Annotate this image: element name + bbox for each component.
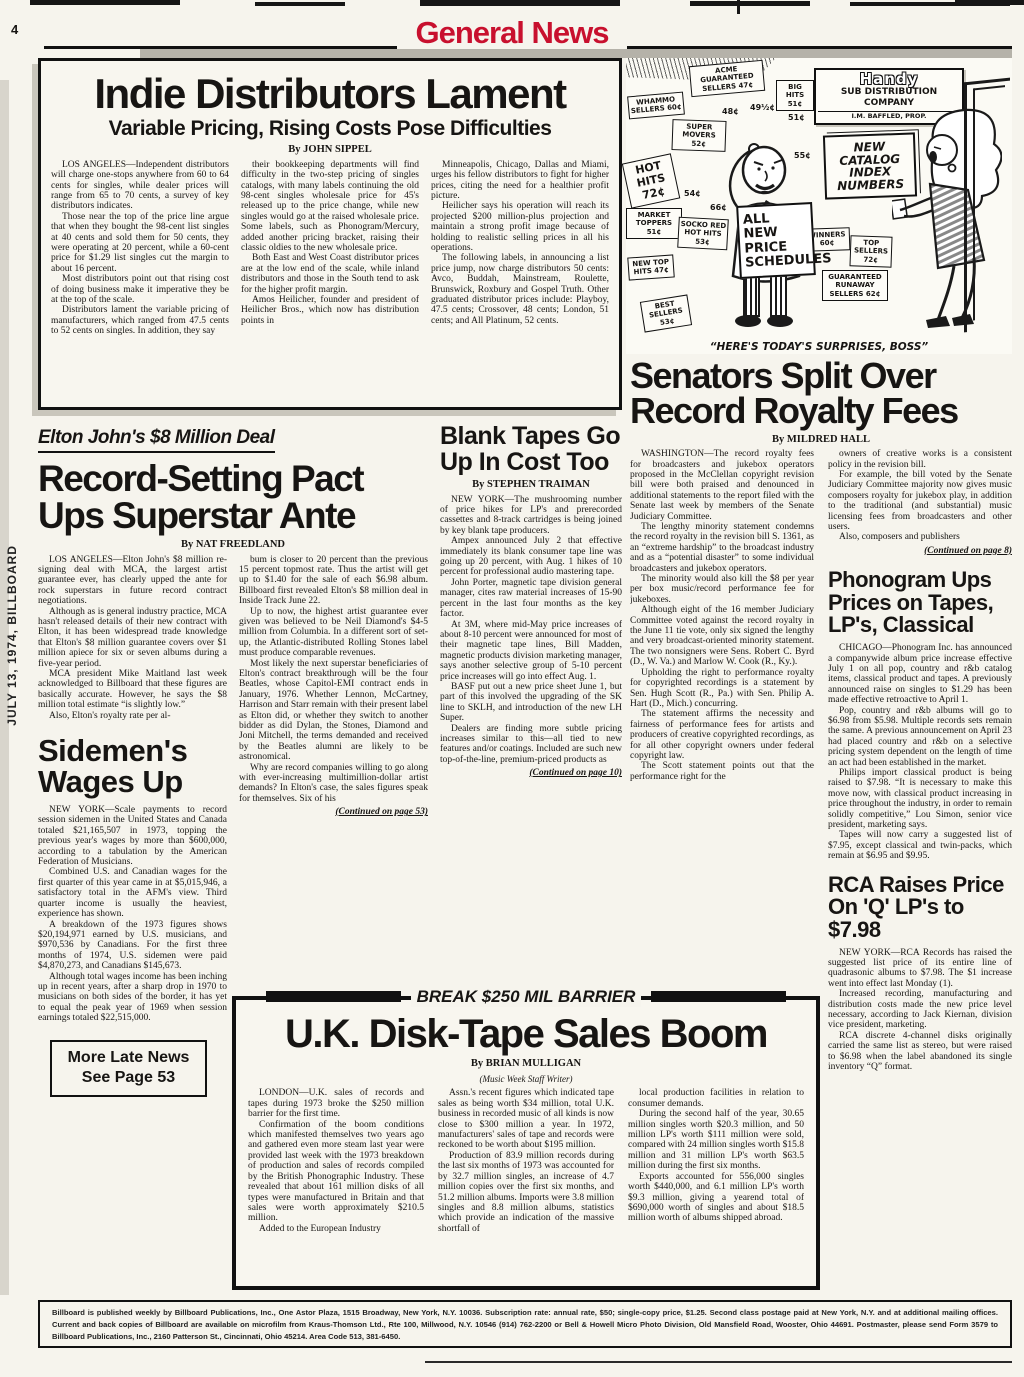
paragraph: Also, Elton's royalty rate per al- (38, 711, 227, 721)
paragraph: Upholding the right to performance royal… (630, 668, 814, 710)
section-title: General News (397, 16, 626, 50)
paragraph: Distributors lament the variable pricing… (51, 305, 229, 336)
column-1: LONDON—U.K. sales of records and tapes d… (248, 1088, 424, 1284)
rca-body: NEW YORK—RCA Records has raised the sugg… (828, 948, 1012, 1073)
price-box-label: WHAMMO SELLERS 60¢ (627, 92, 685, 120)
paragraph: Heilicher says his operation will reach … (431, 201, 609, 253)
price-box-label: ACME GUARANTEED SELLERS 47¢ (689, 60, 765, 98)
price-box-label: GUARANTEED RUNAWAY SELLERS 62¢ (822, 270, 888, 301)
headline: Blank Tapes Go Up In Cost Too (440, 424, 622, 475)
paragraph: Although eight of the 16 member Judiciar… (630, 605, 814, 667)
paragraph: Philips import classical product is bein… (828, 768, 1012, 830)
continued-notice: (Continued on page 8) (828, 545, 1012, 557)
late-news-line-2: See Page 53 (56, 1068, 201, 1089)
paragraph: Ampex announced July 2 that effective im… (440, 536, 622, 578)
article-columns: LOS ANGELES—Independent distributors wil… (51, 160, 609, 396)
paragraph: During the second half of the year, 30.6… (628, 1109, 804, 1171)
continued-notice: (Continued on page 53) (239, 806, 428, 818)
sidemen-body: NEW YORK—Scale payments to record sessio… (38, 805, 227, 1024)
phonogram-body: CHICAGO—Phonogram Inc. has announced a c… (828, 643, 1012, 862)
paragraph: The following labels, in announcing a li… (431, 253, 609, 326)
headline: Indie Distributors Lament (51, 73, 609, 115)
edition-date-vertical: JULY 13, 1974, BILLBOARD (5, 545, 19, 726)
elton-column-1: LOS ANGELES—Elton John's $8 million re-s… (38, 555, 227, 722)
paragraph: Dealers are finding more subtle pricing … (440, 724, 622, 766)
rca-headline: RCA Raises Price On 'Q' LP's to $7.98 (828, 874, 1012, 942)
paragraph: The minority would also kill the $8 per … (630, 574, 814, 605)
article-indie-distributors: Indie Distributors Lament Variable Prici… (38, 58, 622, 410)
paragraph: CHICAGO—Phonogram Inc. has announced a c… (828, 643, 1012, 705)
paragraph: Most likely the next superstar beneficia… (239, 659, 428, 763)
cartoon-caption: “HERE'S TODAY'S SURPRISES, BOSS” (626, 341, 1012, 353)
paragraph: Amos Heilicher, founder and president of… (241, 295, 419, 326)
publication-imprint: Billboard is published weekly by Billboa… (38, 1300, 1012, 1348)
paragraph: NEW YORK—RCA Records has raised the sugg… (828, 948, 1012, 990)
price-box-label: TOP SELLERS 72¢ (849, 235, 892, 268)
paragraph: Why are record companies willing to go a… (239, 763, 428, 805)
article-columns: LONDON—U.K. sales of records and tapes d… (248, 1088, 804, 1284)
bottom-rule (425, 1361, 1012, 1363)
price-schedules-poster: ALL NEW PRICE SCHEDULES (736, 202, 816, 279)
editorial-cartoon: WHAMMO SELLERS 60¢ ACME GUARANTEED SELLE… (626, 58, 1012, 354)
price-tag: 48¢ (722, 108, 739, 116)
paragraph: Confirmation of the boom conditions whic… (248, 1120, 424, 1224)
article-blank-tapes: Blank Tapes Go Up In Cost Too By STEPHEN… (440, 424, 622, 990)
price-box-label: NEW TOP HITS 47¢ (627, 254, 674, 280)
headline: U.K. Disk-Tape Sales Boom (248, 1014, 804, 1054)
paragraph: local production facilities in relation … (628, 1088, 804, 1109)
price-tag: 51¢ (788, 114, 805, 122)
paragraph: RCA discrete 4-channel disks originally … (828, 1031, 1012, 1073)
paragraph: Although total wages income has been inc… (38, 972, 227, 1024)
paragraph: Also, composers and publishers (828, 532, 1012, 542)
paragraph: MCA president Mike Maitland last week ac… (38, 669, 227, 711)
senators-column-2: owners of creative works is a consistent… (828, 449, 1012, 543)
paragraph: Pop, country and r&b albums will go to $… (828, 706, 1012, 768)
sign-title: Handy (818, 72, 960, 87)
paragraph: NEW YORK—Scale payments to record sessio… (38, 805, 227, 867)
paragraph: Increased recording, manufacturing and d… (828, 989, 1012, 1031)
paragraph: John Porter, magnetic tape division gene… (440, 578, 622, 620)
price-box-label: BIG HITS 51¢ (776, 80, 814, 111)
late-news-line-1: More Late News (56, 1048, 201, 1069)
column-1-stack: LOS ANGELES—Elton John's $8 million re-s… (38, 555, 227, 1098)
scan-artifact (0, 0, 1024, 16)
paragraph: owners of creative works is a consistent… (828, 449, 1012, 470)
byline: By BRIAN MULLIGAN (248, 1057, 804, 1071)
door-frame (964, 78, 1010, 333)
article-body: NEW YORK—The mushrooming number of price… (440, 495, 622, 766)
price-tag: 49½¢ (750, 104, 775, 112)
banner-bar-left (266, 991, 401, 1002)
paragraph: The statement affirms the necessity and … (630, 709, 814, 761)
newspaper-page: 4 General News JULY 13, 1974, BILLBOARD … (0, 0, 1024, 1377)
paragraph: bum is closer to 20 percent than the pre… (239, 555, 428, 607)
column-1: WASHINGTON—The record royalty fees for b… (630, 449, 814, 983)
article-uk-sales-boom: BREAK $250 MIL BARRIER U.K. Disk-Tape Sa… (232, 996, 820, 1290)
headline: Record-Setting Pact Ups Superstar Ante (38, 460, 428, 534)
paragraph: The lengthy minority statement condemns … (630, 522, 814, 574)
headline: Senators Split Over Record Royalty Fees (630, 358, 1012, 429)
byline-note: (Music Week Staff Writer) (248, 1074, 804, 1085)
paragraph: Most distributors point out that rising … (51, 274, 229, 305)
paragraph: Although as is general industry practice… (38, 607, 227, 669)
continued-notice: (Continued on page 10) (440, 767, 622, 779)
section-masthead: General News (0, 16, 1024, 50)
paragraph: LOS ANGELES—Independent distributors wil… (51, 160, 229, 212)
column-2: their bookkeeping departments will find … (241, 160, 419, 396)
paragraph: BASF put out a new price sheet June 1, b… (440, 682, 622, 724)
sidemen-headline: Sidemen's Wages Up (38, 735, 227, 797)
paragraph: WASHINGTON—The record royalty fees for b… (630, 449, 814, 522)
banner: BREAK $250 MIL BARRIER (266, 986, 786, 1007)
paragraph: Minneapolis, Chicago, Dallas and Miami, … (431, 160, 609, 202)
paragraph: Exports accounted for 556,000 singles wo… (628, 1172, 804, 1224)
paragraph: Production of 83.9 million records durin… (438, 1151, 614, 1234)
column-2: Assn.'s recent figures which indicated t… (438, 1088, 614, 1284)
price-box-label: BEST SELLERS 53¢ (640, 294, 692, 332)
paragraph: Those near the top of the price line arg… (51, 212, 229, 274)
banner-bar-right (651, 991, 786, 1002)
paragraph: their bookkeeping departments will find … (241, 160, 419, 254)
banner-text: BREAK $250 MIL BARRIER (411, 986, 642, 1007)
column-3: Minneapolis, Chicago, Dallas and Miami, … (431, 160, 609, 396)
paragraph: For example, the bill voted by the Senat… (828, 470, 1012, 532)
phonogram-headline: Phonogram Ups Prices on Tapes, LP's, Cla… (828, 569, 1012, 637)
byline: By STEPHEN TRAIMAN (440, 478, 622, 492)
paragraph: Combined U.S. and Canadian wages for the… (38, 867, 227, 919)
paragraph: The Scott statement points out that the … (630, 761, 814, 782)
column-3: local production facilities in relation … (628, 1088, 804, 1284)
byline: By NAT FREEDLAND (38, 538, 428, 552)
byline: By JOHN SIPPEL (51, 143, 609, 157)
price-tag: 54¢ (684, 190, 701, 198)
paragraph: Tapes will now carry a suggested list of… (828, 830, 1012, 861)
paragraph: LONDON—U.K. sales of records and tapes d… (248, 1088, 424, 1119)
paragraph: LOS ANGELES—Elton John's $8 million re-s… (38, 555, 227, 607)
paragraph: A breakdown of the 1973 figures shows $2… (38, 920, 227, 972)
elton-column-2: bum is closer to 20 percent than the pre… (239, 555, 428, 805)
paragraph: NEW YORK—The mushrooming number of price… (440, 495, 622, 537)
column-2-stack: owners of creative works is a consistent… (828, 449, 1012, 1281)
paragraph: At 3M, where mid-May price increases of … (440, 620, 622, 682)
paragraph: Up to now, the highest artist guarantee … (239, 607, 428, 659)
byline: By MILDRED HALL (630, 433, 1012, 447)
price-box-label: HOT HITS 72¢ (622, 153, 680, 208)
paragraph: Both East and West Coast distributor pri… (241, 253, 419, 295)
column-2: bum is closer to 20 percent than the pre… (239, 555, 428, 1001)
paragraph: Assn.'s recent figures which indicated t… (438, 1088, 614, 1150)
top-shadow-band (140, 49, 1012, 58)
sign-line: SUB DISTRIBUTION (818, 87, 960, 98)
column-1: LOS ANGELES—Independent distributors wil… (51, 160, 229, 396)
kicker: Elton John's $8 Million Deal (38, 428, 275, 453)
subheadline: Variable Pricing, Rising Costs Pose Diff… (51, 117, 609, 140)
paragraph: Added to the European Industry (248, 1224, 424, 1234)
more-late-news-box: More Late News See Page 53 (50, 1040, 207, 1098)
price-box-label: MARKET TOPPERS 51¢ (626, 208, 682, 239)
